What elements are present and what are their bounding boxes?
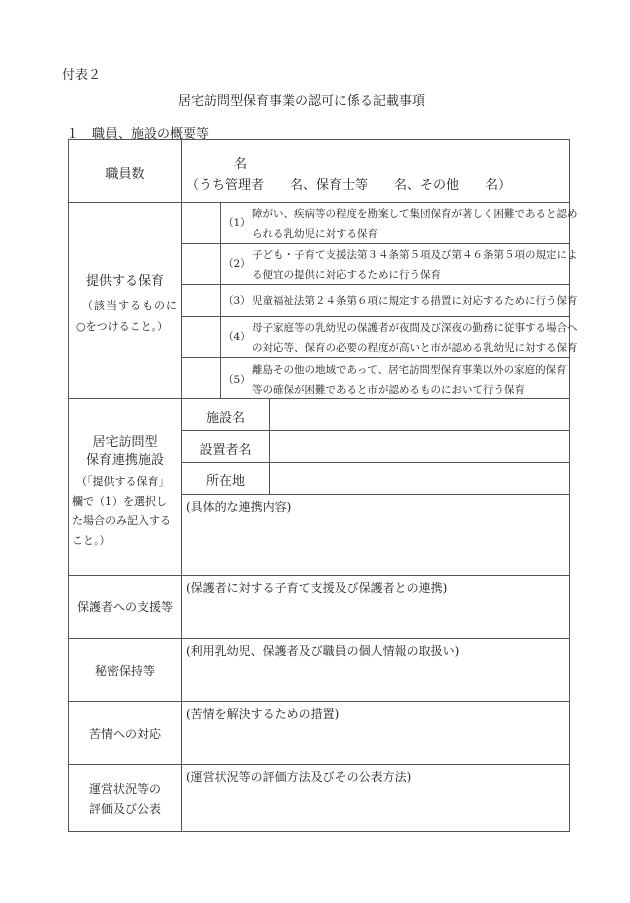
care-option-2-text: る便宜の提供に対応するために行う保育 <box>252 267 441 282</box>
table-border-top <box>68 139 570 140</box>
founder-name-field[interactable] <box>270 431 569 462</box>
evaluation-field[interactable] <box>182 765 569 831</box>
partner-facility-note: 欄で（1）を選択し <box>72 493 167 509</box>
care-option-4-text: の対応等、保育の必要の程度が高いと市が認める乳幼児に対する保育 <box>252 340 578 355</box>
option-divider <box>181 243 570 244</box>
partner-details-field[interactable] <box>182 495 569 575</box>
facility-name-label: 施設名 <box>182 407 269 426</box>
care-option-2-text: 子ども・子育て支援法第３４条第５項及び第４６条第５項の規定によ <box>252 247 578 262</box>
address-label: 所在地 <box>182 470 269 489</box>
parent-support-label: 保護者への支援等 <box>69 598 181 615</box>
partner-facility-label: 保育連携施設 <box>69 449 181 468</box>
partner-facility-note: た場合のみ記入する <box>72 512 171 528</box>
partner-facility-note: こと。） <box>72 532 111 548</box>
complaints-label: 苦情への対応 <box>69 725 181 742</box>
care-option-3-mark-cell[interactable] <box>182 285 220 316</box>
evaluation-label: 評価及び公表 <box>69 800 181 817</box>
staff-breakdown[interactable]: （うち管理者 名、保育士等 名、その他 名） <box>186 174 511 193</box>
care-option-2-number: （2） <box>223 256 251 271</box>
option-divider <box>181 357 570 358</box>
staff-total-unit: 名 <box>234 153 247 172</box>
address-field[interactable] <box>270 463 569 494</box>
staff-count-label: 職員数 <box>69 163 181 182</box>
care-provided-note: ○をつけること。） <box>76 318 168 334</box>
option-divider <box>181 316 570 317</box>
parent-support-field[interactable] <box>182 576 569 638</box>
partner-facility-label: 居宅訪問型 <box>69 431 181 450</box>
care-option-4-text: 母子家庭等の乳幼児の保護者が夜間及び深夜の勤務に従事する場合へ <box>252 320 578 335</box>
row-divider <box>68 202 570 203</box>
care-option-4-mark-cell[interactable] <box>182 317 220 357</box>
evaluation-label: 運営状況等の <box>69 780 181 797</box>
care-option-1-number: （1） <box>223 215 251 230</box>
facility-name-field[interactable] <box>270 399 569 430</box>
care-option-5-mark-cell[interactable] <box>182 358 220 398</box>
founder-name-label: 設置者名 <box>182 439 269 458</box>
confidentiality-field[interactable] <box>182 639 569 701</box>
confidentiality-label: 秘密保持等 <box>69 662 181 679</box>
care-option-3-number: （3） <box>223 293 251 308</box>
care-option-5-text: 離島その他の地域であって、居宅訪問型保育事業以外の家庭的保育事業 <box>252 362 568 377</box>
partner-facility-note: （「提供する保育」 <box>76 473 170 489</box>
care-option-4-number: （4） <box>223 329 251 344</box>
care-option-1-mark-cell[interactable] <box>182 203 220 243</box>
option-divider <box>181 284 570 285</box>
care-option-3-text: 児童福祉法第２４条第６項に規定する措置に対応するために行う保育 <box>252 293 578 308</box>
complaints-field[interactable] <box>182 702 569 764</box>
care-option-5-text: 等の確保が困難であると市が認めるものにおいて行う保育 <box>252 382 525 397</box>
document-title: 居宅訪問型保育事業の認可に係る記載事項 <box>178 90 425 109</box>
care-provided-label: 提供する保育 <box>69 270 181 289</box>
checkbox-column-divider <box>220 202 221 398</box>
care-provided-note: （該当するものに <box>82 297 178 313</box>
care-option-1-text: られる乳幼児に対する保育 <box>252 226 378 241</box>
table-border-bottom <box>68 831 570 832</box>
care-option-5-number: （5） <box>223 372 251 387</box>
care-option-1-text: 障がい、疾病等の程度を勘案して集団保育が著しく困難であると認め <box>252 206 578 221</box>
appendix-label: 付表２ <box>62 64 101 83</box>
care-option-2-mark-cell[interactable] <box>182 244 220 284</box>
